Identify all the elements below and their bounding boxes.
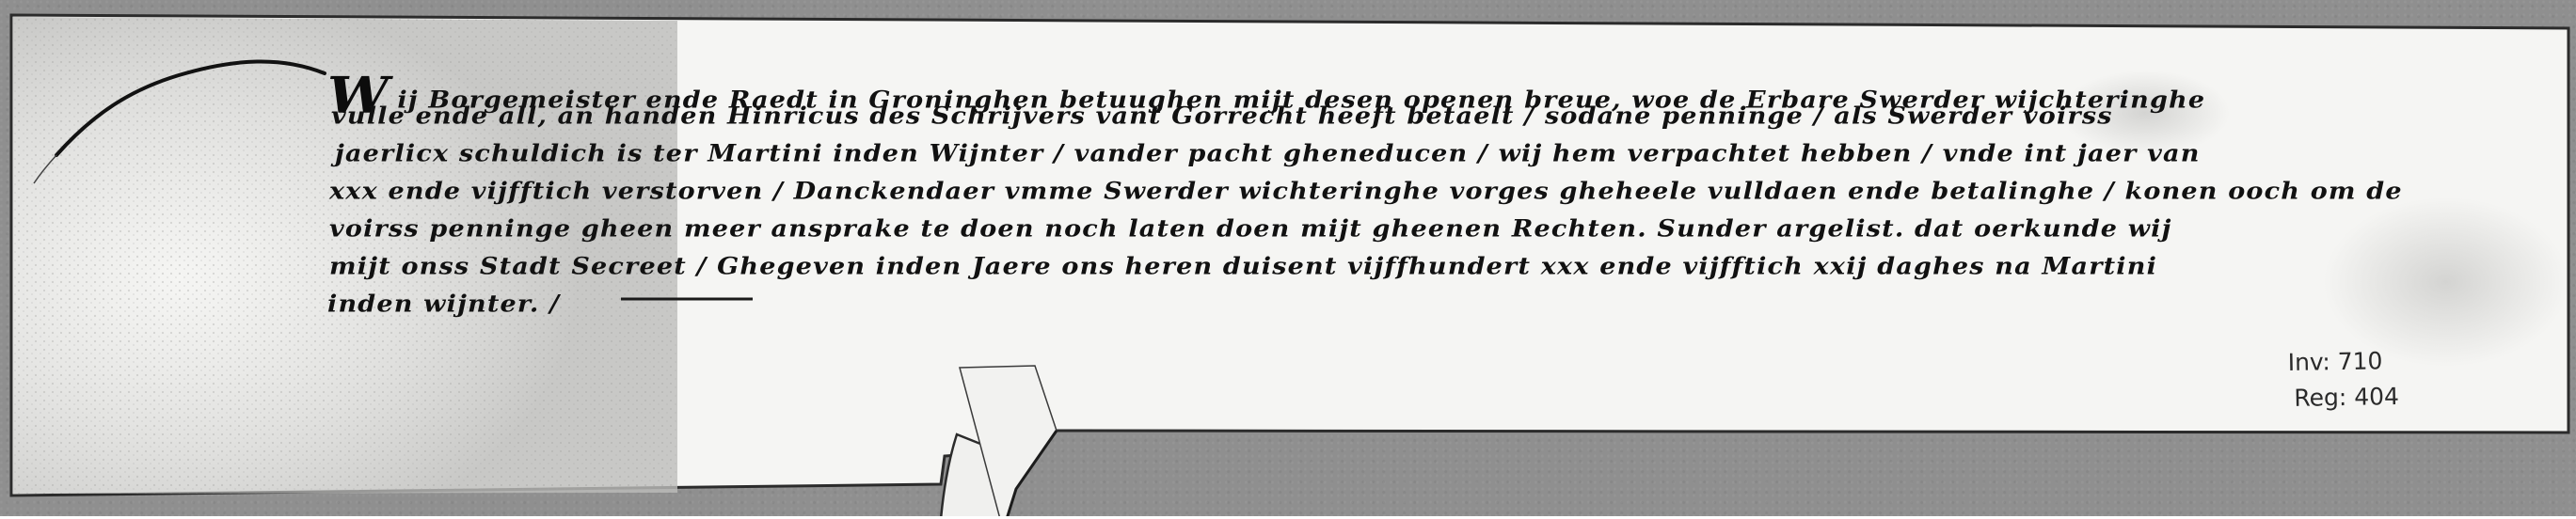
text-line-3: jaerlicx schuldich is ter Martini inden … [335, 140, 2201, 167]
archive-pencil-note: Inv: 710 Reg: 404 [2287, 343, 2399, 417]
text-line-5: voirss penninge gheen meer ansprake te d… [329, 215, 2172, 243]
register-number: Reg: 404 [2294, 379, 2399, 417]
text-line-4: xxx ende vijfftich verstorven / Danckend… [329, 178, 2403, 205]
text-line-6: mijt onss Stadt Secreet / Ghegeven inden… [329, 253, 2157, 280]
text-line-7: inden wijnter. / [327, 291, 560, 318]
document-mount: Wij Borgemeister ende Raedt in Groninghe… [0, 0, 2576, 516]
inventory-number: Inv: 710 [2287, 343, 2398, 381]
text-line-2: vulle ende all, an handen Hinricus des S… [331, 102, 2113, 130]
